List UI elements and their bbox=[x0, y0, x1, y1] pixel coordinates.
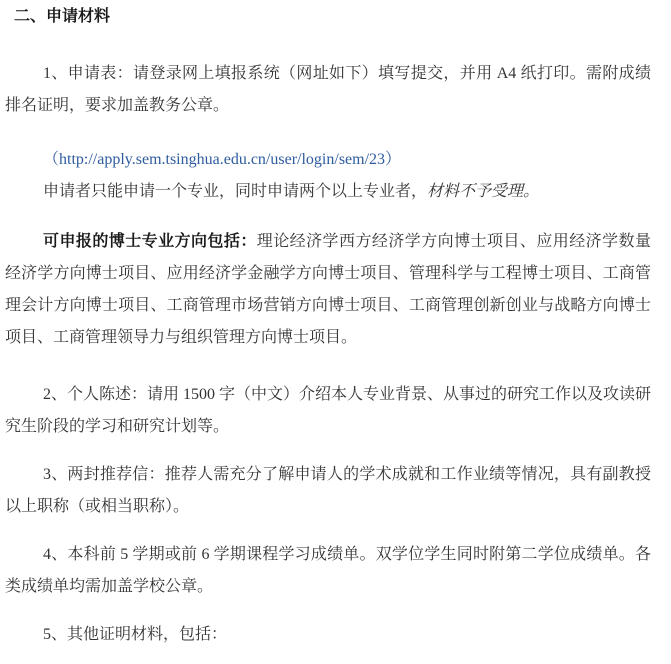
para-personal-statement: 2、个人陈述：请用 1500 字（中文）介绍本人专业背景、从事过的研究工作以及攻… bbox=[5, 379, 651, 443]
single-major-rule-emphasis: 材料不予受理。 bbox=[427, 183, 539, 200]
para-single-major-rule: 申请者只能申请一个专业，同时申请两个以上专业者，材料不予受理。 bbox=[5, 176, 651, 208]
single-major-rule-text: 申请者只能申请一个专业，同时申请两个以上专业者， bbox=[43, 183, 427, 200]
application-url-line: （http://apply.sem.tsinghua.edu.cn/user/l… bbox=[5, 144, 651, 176]
para-transcripts: 4、本科前 5 学期或前 6 学期课程学习成绩单。双学位学生同时附第二学位成绩单… bbox=[5, 539, 651, 603]
para-recommendation-letters: 3、两封推荐信：推荐人需充分了解申请人的学术成就和工作业绩等情况，具有副教授以上… bbox=[5, 459, 651, 523]
para-other-materials: 5、其他证明材料，包括： bbox=[5, 619, 651, 651]
doctoral-programs-lead: 可申报的博士专业方向包括： bbox=[43, 233, 257, 250]
application-portal-link[interactable]: （http://apply.sem.tsinghua.edu.cn/user/l… bbox=[43, 151, 401, 168]
para-doctoral-programs: 可申报的博士专业方向包括：理论经济学西方经济学方向博士项目、应用经济学数量经济学… bbox=[5, 226, 651, 354]
document-page: 二、申请材料 1、申请表：请登录网上填报系统（网址如下）填写提交，并用 A4 纸… bbox=[0, 0, 671, 664]
para-application-form: 1、申请表：请登录网上填报系统（网址如下）填写提交，并用 A4 纸打印。需附成绩… bbox=[5, 58, 651, 122]
section-heading: 二、申请材料 bbox=[14, 6, 651, 28]
